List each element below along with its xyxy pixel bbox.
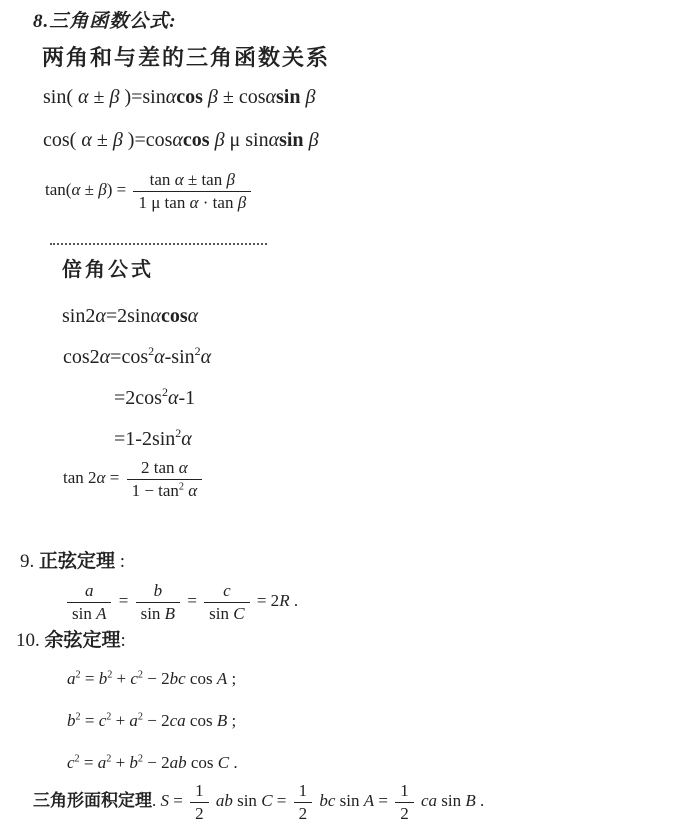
fraction: 12	[190, 781, 209, 823]
formula-sin-2a: sin2α=2sinαcosα	[62, 304, 198, 329]
fraction: csin C	[204, 581, 249, 623]
formula-law-of-cosines-c: c2 = a2 + b2 − 2ab cos C .	[67, 752, 238, 773]
fraction: 2 tan α1 − tan2 α	[127, 458, 203, 500]
fraction: 12	[395, 781, 414, 823]
formula-cos-2a-alt1: =2cos2α-1	[114, 385, 195, 411]
fraction: bsin B	[136, 581, 180, 623]
fraction: asin A	[67, 581, 111, 623]
formula-tan-2a: tan 2α = 2 tan α1 − tan2 α	[63, 458, 205, 500]
formula-tan-sum: tan(α ± β) = tan α ± tan β1 μ tan α · ta…	[45, 170, 254, 212]
formula-cos-2a: cos2α=cos2α-sin2α	[63, 344, 211, 370]
trig-formula-sheet: 8.三角函数公式: 两角和与差的三角函数关系 sin( α ± β )=sinα…	[0, 0, 694, 825]
formula-triangle-area: 三角形面积定理. S = 12 ab sin C = 12 bc sin A =…	[33, 781, 484, 823]
formula-cos-2a-alt2: =1-2sin2α	[114, 426, 192, 452]
dotted-divider	[50, 243, 267, 245]
section-9-heading: 9. 正弦定理 :	[20, 550, 125, 574]
formula-cos-sum: cos( α ± β )=cosαcos β μ sinαsin β	[43, 128, 319, 153]
fraction: 12	[294, 781, 313, 823]
section-8-heading: 8.三角函数公式:	[33, 10, 177, 34]
formula-sin-sum: sin( α ± β )=sinαcos β ± cosαsin β	[43, 85, 315, 110]
fraction: tan α ± tan β1 μ tan α · tan β	[133, 170, 251, 212]
formula-law-of-sines: asin A = bsin B = csin C = 2R .	[64, 581, 298, 623]
formula-law-of-cosines-b: b2 = c2 + a2 − 2ca cos B ;	[67, 710, 236, 731]
sum-difference-heading: 两角和与差的三角函数关系	[42, 44, 330, 72]
double-angle-heading: 倍角公式	[62, 258, 154, 283]
formula-law-of-cosines-a: a2 = b2 + c2 − 2bc cos A ;	[67, 668, 236, 689]
section-10-heading: 10. 余弦定理:	[16, 629, 126, 653]
